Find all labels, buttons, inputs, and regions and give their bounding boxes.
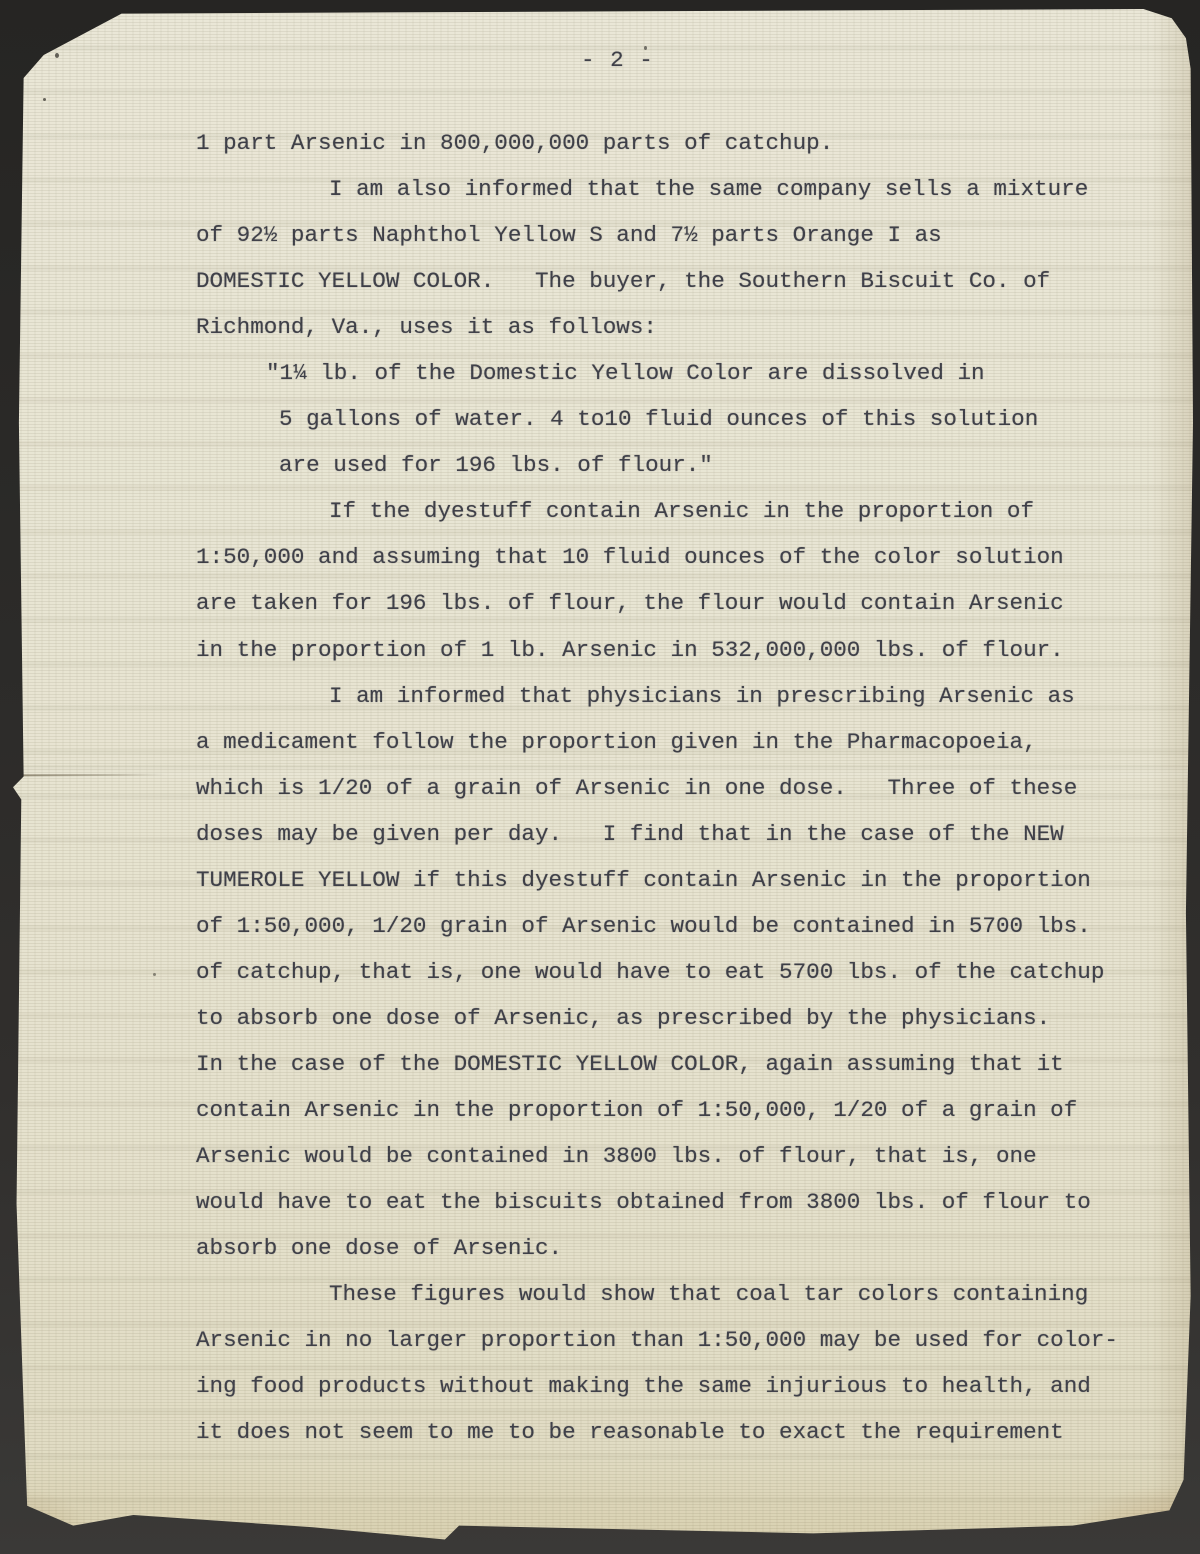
typed-line: I am also informed that the same company…	[329, 166, 1156, 212]
typed-line: which is 1/20 of a grain of Arsenic in o…	[196, 765, 1156, 811]
typed-line: 1:50,000 and assuming that 10 fluid ounc…	[196, 534, 1156, 580]
typed-line: absorb one dose of Arsenic.	[196, 1225, 1156, 1271]
paper-speck	[55, 53, 59, 58]
paper-crease-tear	[13, 774, 165, 777]
typed-line: DOMESTIC YELLOW COLOR. The buyer, the So…	[196, 258, 1156, 304]
typed-line: doses may be given per day. I find that …	[196, 811, 1156, 857]
typed-line: These figures would show that coal tar c…	[329, 1271, 1156, 1317]
typed-line: are taken for 196 lbs. of flour, the flo…	[196, 580, 1156, 626]
typed-line: of 92½ parts Naphthol Yellow S and 7½ pa…	[196, 212, 1156, 258]
typed-line: in the proportion of 1 lb. Arsenic in 53…	[196, 627, 1156, 673]
typed-line: I am informed that physicians in prescri…	[329, 673, 1156, 719]
typed-line: a medicament follow the proportion given…	[196, 719, 1156, 765]
typed-line: If the dyestuff contain Arsenic in the p…	[329, 488, 1156, 534]
typed-line: ing food products without making the sam…	[196, 1363, 1156, 1409]
typed-line: 1 part Arsenic in 800,000,000 parts of c…	[196, 120, 1156, 166]
typed-text-block: 1 part Arsenic in 800,000,000 parts of c…	[196, 120, 1156, 1455]
typed-line: Arsenic would be contained in 3800 lbs. …	[196, 1133, 1156, 1179]
typed-line: TUMEROLE YELLOW if this dyestuff contain…	[196, 857, 1156, 903]
typed-line: are used for 196 lbs. of flour."	[279, 442, 1156, 488]
typed-line: of catchup, that is, one would have to e…	[196, 949, 1156, 995]
typed-line: it does not seem to me to be reasonable …	[196, 1409, 1156, 1455]
typed-line: 5 gallons of water. 4 to10 fluid ounces …	[279, 396, 1156, 442]
typed-line: would have to eat the biscuits obtained …	[196, 1179, 1156, 1225]
typed-line: to absorb one dose of Arsenic, as prescr…	[196, 995, 1156, 1041]
typed-line: Arsenic in no larger proportion than 1:5…	[196, 1317, 1156, 1363]
document-page: - 2 - 1 part Arsenic in 800,000,000 part…	[13, 9, 1193, 1541]
typed-line: contain Arsenic in the proportion of 1:5…	[196, 1087, 1156, 1133]
scan-background-mat: - 2 - 1 part Arsenic in 800,000,000 part…	[0, 0, 1200, 1554]
typed-line: "1¼ lb. of the Domestic Yellow Color are…	[266, 350, 1156, 396]
typed-line: of 1:50,000, 1/20 grain of Arsenic would…	[196, 903, 1156, 949]
typed-line: In the case of the DOMESTIC YELLOW COLOR…	[196, 1041, 1156, 1087]
paper-speck	[153, 973, 156, 976]
paper-speck	[43, 98, 46, 101]
typed-line: Richmond, Va., uses it as follows:	[196, 304, 1156, 350]
page-number: - 2 -	[581, 47, 654, 73]
